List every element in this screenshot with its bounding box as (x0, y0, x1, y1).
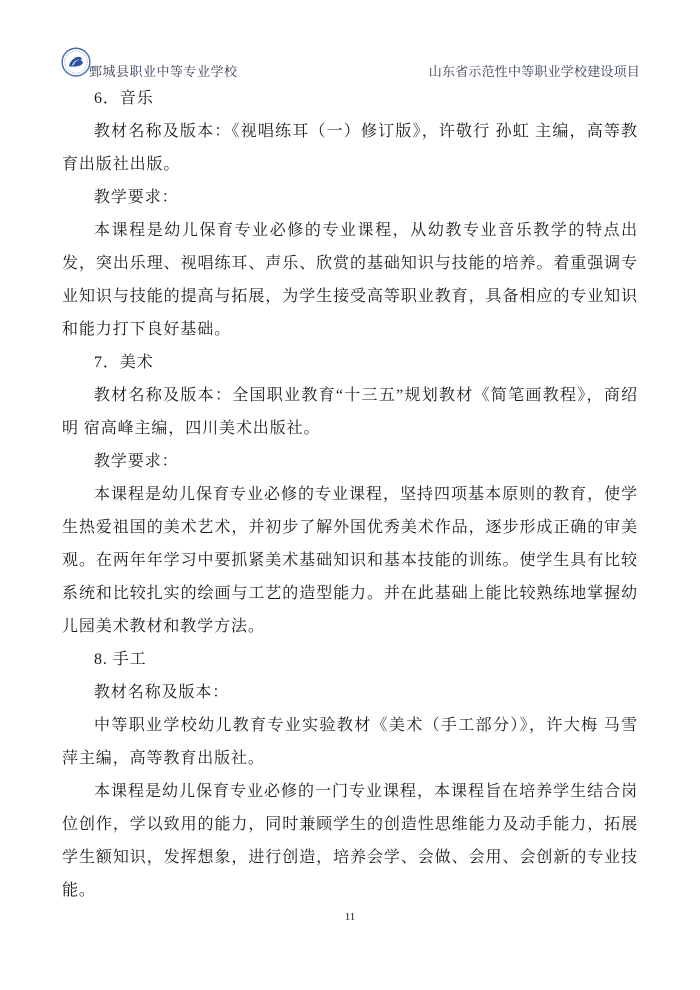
paragraph-handcraft-requirements: 本课程是幼儿保育专业必修的一门专业课程，本课程旨在培养学生结合岗位创作，学以致用… (62, 775, 638, 907)
section-heading-art: 7．美术 (62, 346, 638, 379)
section-heading-handcraft: 8. 手工 (62, 643, 638, 676)
header-project-name: 山东省示范性中等职业学校建设项目 (429, 64, 640, 80)
document-page: 鄄城县职业中等专业学校 山东省示范性中等职业学校建设项目 6．音乐 教材名称及版… (0, 0, 700, 990)
paragraph-art-textbook: 教材名称及版本：全国职业教育“十三五”规划教材《简笔画教程》，商绍明 宿高峰主编… (62, 379, 638, 445)
paragraph-handcraft-textbook: 中等职业学校幼儿教育专业实验教材《美术（手工部分）》，许大梅 马雪萍主编，高等教… (62, 709, 638, 775)
header-left: 鄄城县职业中等专业学校 (60, 46, 238, 80)
document-body: 6．音乐 教材名称及版本：《视唱练耳（一）修订版》，许敬行 孙虹 主编，高等教育… (62, 82, 638, 907)
header-school-name: 鄄城县职业中等专业学校 (89, 64, 238, 80)
paragraph-art-requirements-label: 教学要求： (62, 445, 638, 478)
paragraph-music-textbook: 教材名称及版本：《视唱练耳（一）修订版》，许敬行 孙虹 主编，高等教育出版社出版… (62, 115, 638, 181)
paragraph-music-requirements: 本课程是幼儿保育专业必修的专业课程，从幼教专业音乐教学的特点出发，突出乐理、视唱… (62, 214, 638, 346)
paragraph-music-requirements-label: 教学要求： (62, 181, 638, 214)
paragraph-handcraft-textbook-label: 教材名称及版本： (62, 676, 638, 709)
paragraph-art-requirements: 本课程是幼儿保育专业必修的专业课程，坚持四项基本原则的教育，使学生热爱祖国的美术… (62, 478, 638, 643)
section-heading-music: 6．音乐 (62, 82, 638, 115)
page-number: 11 (345, 911, 356, 923)
school-logo-icon (60, 46, 92, 80)
page-footer: 11 (0, 910, 700, 924)
page-header: 鄄城县职业中等专业学校 山东省示范性中等职业学校建设项目 (60, 44, 640, 80)
